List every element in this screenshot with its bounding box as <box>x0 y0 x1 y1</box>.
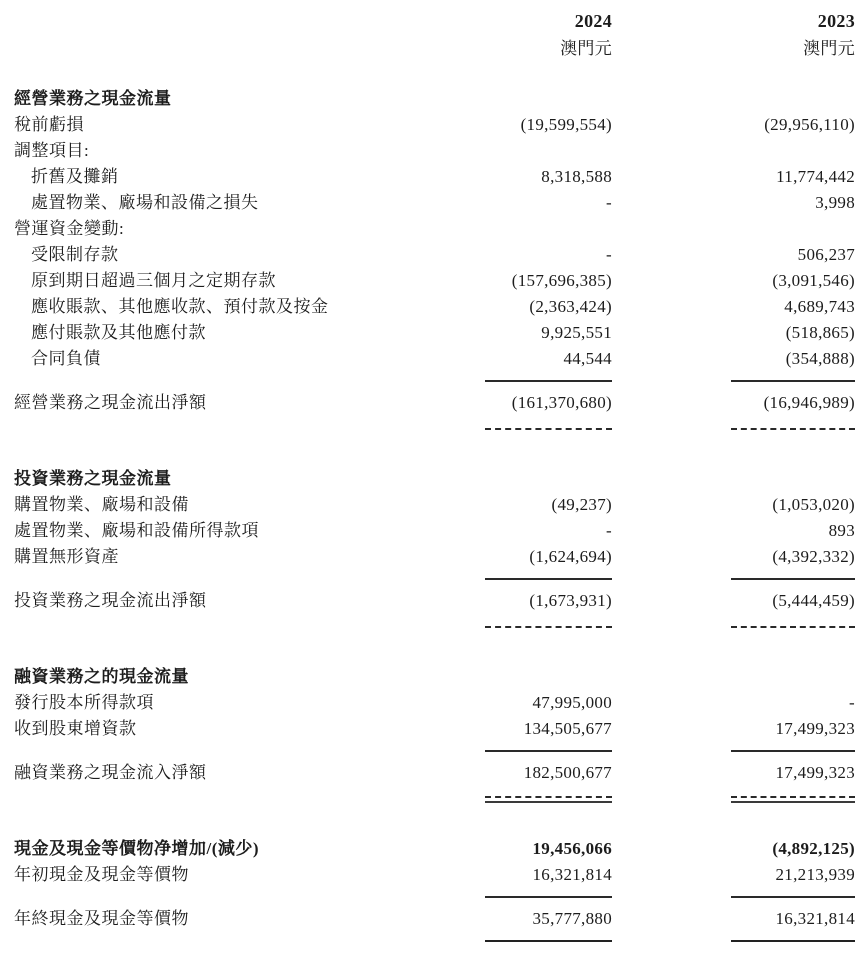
amount-2023: (3,091,546) <box>612 268 855 294</box>
rule-line <box>731 940 855 942</box>
amount-2023: (5,444,459) <box>612 588 855 614</box>
amount-2023: 3,998 <box>612 190 855 216</box>
amount-2024: 134,505,677 <box>452 716 612 742</box>
rule-line <box>485 896 612 898</box>
row-label: 受限制存款 <box>14 242 452 268</box>
row-label: 經營業務之現金流出淨額 <box>14 390 452 416</box>
amount-2024: (161,370,680) <box>452 390 612 416</box>
row-label: 投資業務之現金流出淨額 <box>14 588 452 614</box>
amount-2024: 8,318,588 <box>452 164 612 190</box>
subtotal-row-financing: 融資業務之現金流入淨額 182,500,677 17,499,323 <box>14 760 855 786</box>
section-gap <box>14 62 855 86</box>
row-label: 折舊及攤銷 <box>14 164 452 190</box>
amount-2023: 17,499,323 <box>612 760 855 786</box>
subtotal-rule <box>14 372 855 390</box>
amount-2023: (354,888) <box>612 346 855 372</box>
row-label: 應付賬款及其他應付款 <box>14 320 452 346</box>
amount-2024: 19,456,066 <box>452 836 612 862</box>
table-row: 應付賬款及其他應付款 9,925,551 (518,865) <box>14 320 855 346</box>
row-label: 發行股本所得款項 <box>14 690 452 716</box>
amount-2023: 17,499,323 <box>612 716 855 742</box>
section-end-rule <box>14 416 855 442</box>
table-row: 處置物業、廠場和設備所得款項 - 893 <box>14 518 855 544</box>
amount-2024: (157,696,385) <box>452 268 612 294</box>
row-label: 年初現金及現金等價物 <box>14 862 452 888</box>
section-end-rule <box>14 614 855 640</box>
amount-2024: (19,599,554) <box>452 112 612 138</box>
section-gap <box>14 640 855 664</box>
amount-2024: (49,237) <box>452 492 612 518</box>
amount-2024: - <box>452 242 612 268</box>
total-row-cash-at-year-end: 年終現金及現金等價物 35,777,880 16,321,814 <box>14 906 855 932</box>
rule-line <box>731 380 855 382</box>
row-label: 調整項目: <box>14 138 452 164</box>
amount-2023: 21,213,939 <box>612 862 855 888</box>
section-header-operating: 經營業務之現金流量 <box>14 86 855 112</box>
row-label: 合同負債 <box>14 346 452 372</box>
subtotal-rule <box>14 888 855 906</box>
section-gap <box>14 442 855 466</box>
rule-line <box>731 896 855 898</box>
subtotal-row-operating: 經營業務之現金流出淨額 (161,370,680) (16,946,989) <box>14 390 855 416</box>
table-row: 年初現金及現金等價物 16,321,814 21,213,939 <box>14 862 855 888</box>
rule-line <box>485 578 612 580</box>
amount-2023: (29,956,110) <box>612 112 855 138</box>
row-label: 融資業務之現金流入淨額 <box>14 760 452 786</box>
row-label: 應收賬款、其他應收款、預付款及按金 <box>14 294 452 320</box>
row-label: 處置物業、廠場和設備之損失 <box>14 190 452 216</box>
table-row: 合同負債 44,544 (354,888) <box>14 346 855 372</box>
table-row: 收到股東增資款 134,505,677 17,499,323 <box>14 716 855 742</box>
rule-line <box>485 940 612 942</box>
amount-2024: 35,777,880 <box>452 906 612 932</box>
row-label: 原到期日超過三個月之定期存款 <box>14 268 452 294</box>
amount-2023: 16,321,814 <box>612 906 855 932</box>
section-header-investing: 投資業務之現金流量 <box>14 466 855 492</box>
rule-line <box>731 578 855 580</box>
column-header-year-2023: 2023 <box>612 8 855 35</box>
rule-line <box>731 750 855 752</box>
row-label: 年終現金及現金等價物 <box>14 906 452 932</box>
table-row: 購置物業、廠場和設備 (49,237) (1,053,020) <box>14 492 855 518</box>
table-row: 處置物業、廠場和設備之損失 - 3,998 <box>14 190 855 216</box>
cash-flow-statement-page: 2024 2023 澳門元 澳門元 經營業務之現金流量 稅前虧損 (19,599… <box>0 0 861 972</box>
section-title: 投資業務之現金流量 <box>14 466 452 492</box>
amount-2024: 16,321,814 <box>452 862 612 888</box>
row-label: 營運資金變動: <box>14 216 452 242</box>
table-row: 受限制存款 - 506,237 <box>14 242 855 268</box>
row-label: 稅前虧損 <box>14 112 452 138</box>
amount-2023: 506,237 <box>612 242 855 268</box>
table-row: 澳門元 澳門元 <box>14 35 855 62</box>
amount-2024: 44,544 <box>452 346 612 372</box>
currency-label-2024: 澳門元 <box>452 35 612 62</box>
statement-table: 2024 2023 澳門元 澳門元 經營業務之現金流量 稅前虧損 (19,599… <box>0 8 861 950</box>
amount-2023: (1,053,020) <box>612 492 855 518</box>
rule-line <box>731 626 855 628</box>
table-row: 調整項目: <box>14 138 855 164</box>
amount-2024: 47,995,000 <box>452 690 612 716</box>
rule-line <box>485 626 612 628</box>
table-row: 原到期日超過三個月之定期存款 (157,696,385) (3,091,546) <box>14 268 855 294</box>
rule-line <box>485 428 612 430</box>
column-header-year-2024: 2024 <box>452 8 612 35</box>
amount-2023: (4,392,332) <box>612 544 855 570</box>
table-row: 2024 2023 <box>14 8 855 35</box>
section-title: 經營業務之現金流量 <box>14 86 452 112</box>
amount-2024: (1,624,694) <box>452 544 612 570</box>
section-title: 融資業務之的現金流量 <box>14 664 452 690</box>
rule-line <box>731 428 855 430</box>
table-row: 稅前虧損 (19,599,554) (29,956,110) <box>14 112 855 138</box>
amount-2024: (2,363,424) <box>452 294 612 320</box>
amount-2024: - <box>452 190 612 216</box>
section-header-financing: 融資業務之的現金流量 <box>14 664 855 690</box>
subtotal-row-investing: 投資業務之現金流出淨額 (1,673,931) (5,444,459) <box>14 588 855 614</box>
amount-2023: (16,946,989) <box>612 390 855 416</box>
amount-2023: 11,774,442 <box>612 164 855 190</box>
amount-2023: 893 <box>612 518 855 544</box>
amount-2024: 182,500,677 <box>452 760 612 786</box>
row-label: 處置物業、廠場和設備所得款項 <box>14 518 452 544</box>
amount-2023: 4,689,743 <box>612 294 855 320</box>
row-label: 購置無形資產 <box>14 544 452 570</box>
row-label: 現金及現金等價物净增加/(減少) <box>14 836 452 862</box>
table-row: 發行股本所得款項 47,995,000 - <box>14 690 855 716</box>
table-row: 購置無形資產 (1,624,694) (4,392,332) <box>14 544 855 570</box>
table-row: 營運資金變動: <box>14 216 855 242</box>
subtotal-rule <box>14 742 855 760</box>
rule-line <box>485 380 612 382</box>
rule-line <box>485 750 612 752</box>
amount-2024: (1,673,931) <box>452 588 612 614</box>
section-end-rule <box>14 786 855 812</box>
table-row: 應收賬款、其他應收款、預付款及按金 (2,363,424) 4,689,743 <box>14 294 855 320</box>
section-gap <box>14 812 855 836</box>
rule-line <box>731 796 855 803</box>
net-change-row: 現金及現金等價物净增加/(減少) 19,456,066 (4,892,125) <box>14 836 855 862</box>
final-rule <box>14 932 855 950</box>
amount-2023: (518,865) <box>612 320 855 346</box>
amount-2024: 9,925,551 <box>452 320 612 346</box>
currency-label-2023: 澳門元 <box>612 35 855 62</box>
amount-2023: - <box>612 690 855 716</box>
row-label: 收到股東增資款 <box>14 716 452 742</box>
subtotal-rule <box>14 570 855 588</box>
row-label: 購置物業、廠場和設備 <box>14 492 452 518</box>
amount-2024: - <box>452 518 612 544</box>
table-row: 折舊及攤銷 8,318,588 11,774,442 <box>14 164 855 190</box>
amount-2023: (4,892,125) <box>612 836 855 862</box>
rule-line <box>485 796 612 803</box>
